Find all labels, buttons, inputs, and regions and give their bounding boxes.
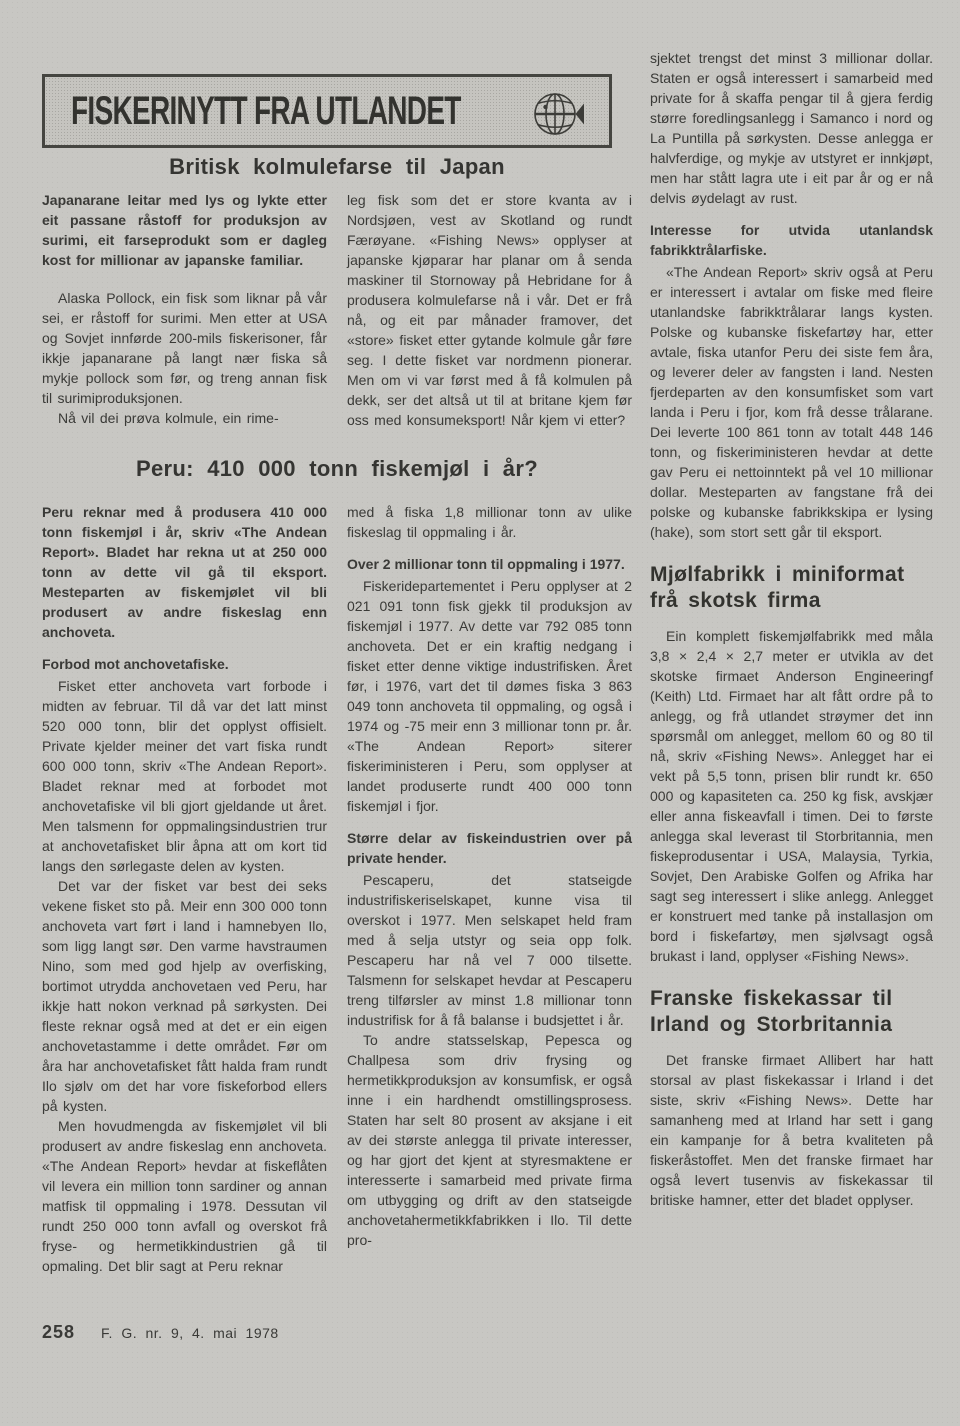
- article2-body: Peru reknar med å produsera 410 000 tonn…: [42, 502, 632, 1276]
- masthead-banner: FISKERINYTT FRA UTLANDET: [42, 74, 612, 148]
- paragraph: To andre statsselskap, Pepesca og Challp…: [347, 1030, 632, 1250]
- article1-title: Britisk kolmulefarse til Japan: [42, 154, 632, 180]
- paragraph: «The Andean Report» skriv også at Peru e…: [650, 262, 933, 542]
- article2-lead: Peru reknar med å produsera 410 000 tonn…: [42, 502, 327, 642]
- paragraph: Nå vil dei prøva kolmule, ein rime-: [42, 408, 327, 428]
- column3: sjektet trengst det minst 3 millionar do…: [650, 48, 933, 1210]
- masthead-title: FISKERINYTT FRA UTLANDET: [71, 89, 461, 134]
- article1-body: Japanarane leitar med lys og lykte etter…: [42, 190, 632, 430]
- subheading-forbod: Forbod mot anchovetafiske.: [42, 654, 327, 674]
- subheading-fabrikktralarfiske: Interesse for utvida utanlandsk fabrikkt…: [650, 220, 933, 260]
- article2: Peru: 410 000 tonn fiskemjøl i år? Peru …: [42, 456, 632, 1276]
- paragraph: Ein komplett fiskemjølfabrikk med måla 3…: [650, 626, 933, 966]
- paragraph: med å fiska 1,8 millionar tonn av ulike …: [347, 502, 632, 542]
- article2-title: Peru: 410 000 tonn fiskemjøl i år?: [42, 456, 632, 482]
- heading-franske-fiskekassar: Franske fiskekassar til Irland og Storbr…: [650, 986, 933, 1038]
- heading-mjolfabrikk: Mjølfabrikk i miniformat frå skotsk firm…: [650, 562, 933, 614]
- paragraph: Det franske firmaet Allibert har hatt st…: [650, 1050, 933, 1210]
- article1-column-right: leg fisk som det er store kvanta av i No…: [347, 190, 632, 430]
- article1-column-left: Japanarane leitar med lys og lykte etter…: [42, 190, 327, 430]
- paragraph: Fisket etter anchoveta vart forbode i mi…: [42, 676, 327, 876]
- paragraph: Alaska Pollock, ein fisk som liknar på v…: [42, 288, 327, 408]
- paragraph: Fiskeridepartementet i Peru opplyser at …: [347, 576, 632, 816]
- subheading-oppmaling-1977: Over 2 millionar tonn til oppmaling i 19…: [347, 554, 632, 574]
- globe-fish-icon: [531, 90, 593, 143]
- subheading-private-hender: Større delar av fiskeindustrien over på …: [347, 828, 632, 868]
- footer-page-number: 258: [42, 1322, 75, 1343]
- article2-column-left: Peru reknar med å produsera 410 000 tonn…: [42, 502, 327, 1276]
- paragraph: Det var der fisket var best dei seks vek…: [42, 876, 327, 1116]
- paragraph: Men hovudmengda av fiskemjølet vil bli p…: [42, 1116, 327, 1276]
- page-footer: 258 F. G. nr. 9, 4. mai 1978: [42, 1322, 279, 1343]
- article2-column-right: med å fiska 1,8 millionar tonn av ulike …: [347, 502, 632, 1276]
- footer-issue-label: F. G. nr. 9, 4. mai 1978: [101, 1325, 279, 1341]
- paragraph: sjektet trengst det minst 3 millionar do…: [650, 48, 933, 208]
- paragraph: Pescaperu, det statseigde industrifisker…: [347, 870, 632, 1030]
- magazine-page: { "masthead": { "title": "FISKERINYTT FR…: [0, 0, 960, 1426]
- paragraph: leg fisk som det er store kvanta av i No…: [347, 190, 632, 430]
- article1-lead: Japanarane leitar med lys og lykte etter…: [42, 190, 327, 270]
